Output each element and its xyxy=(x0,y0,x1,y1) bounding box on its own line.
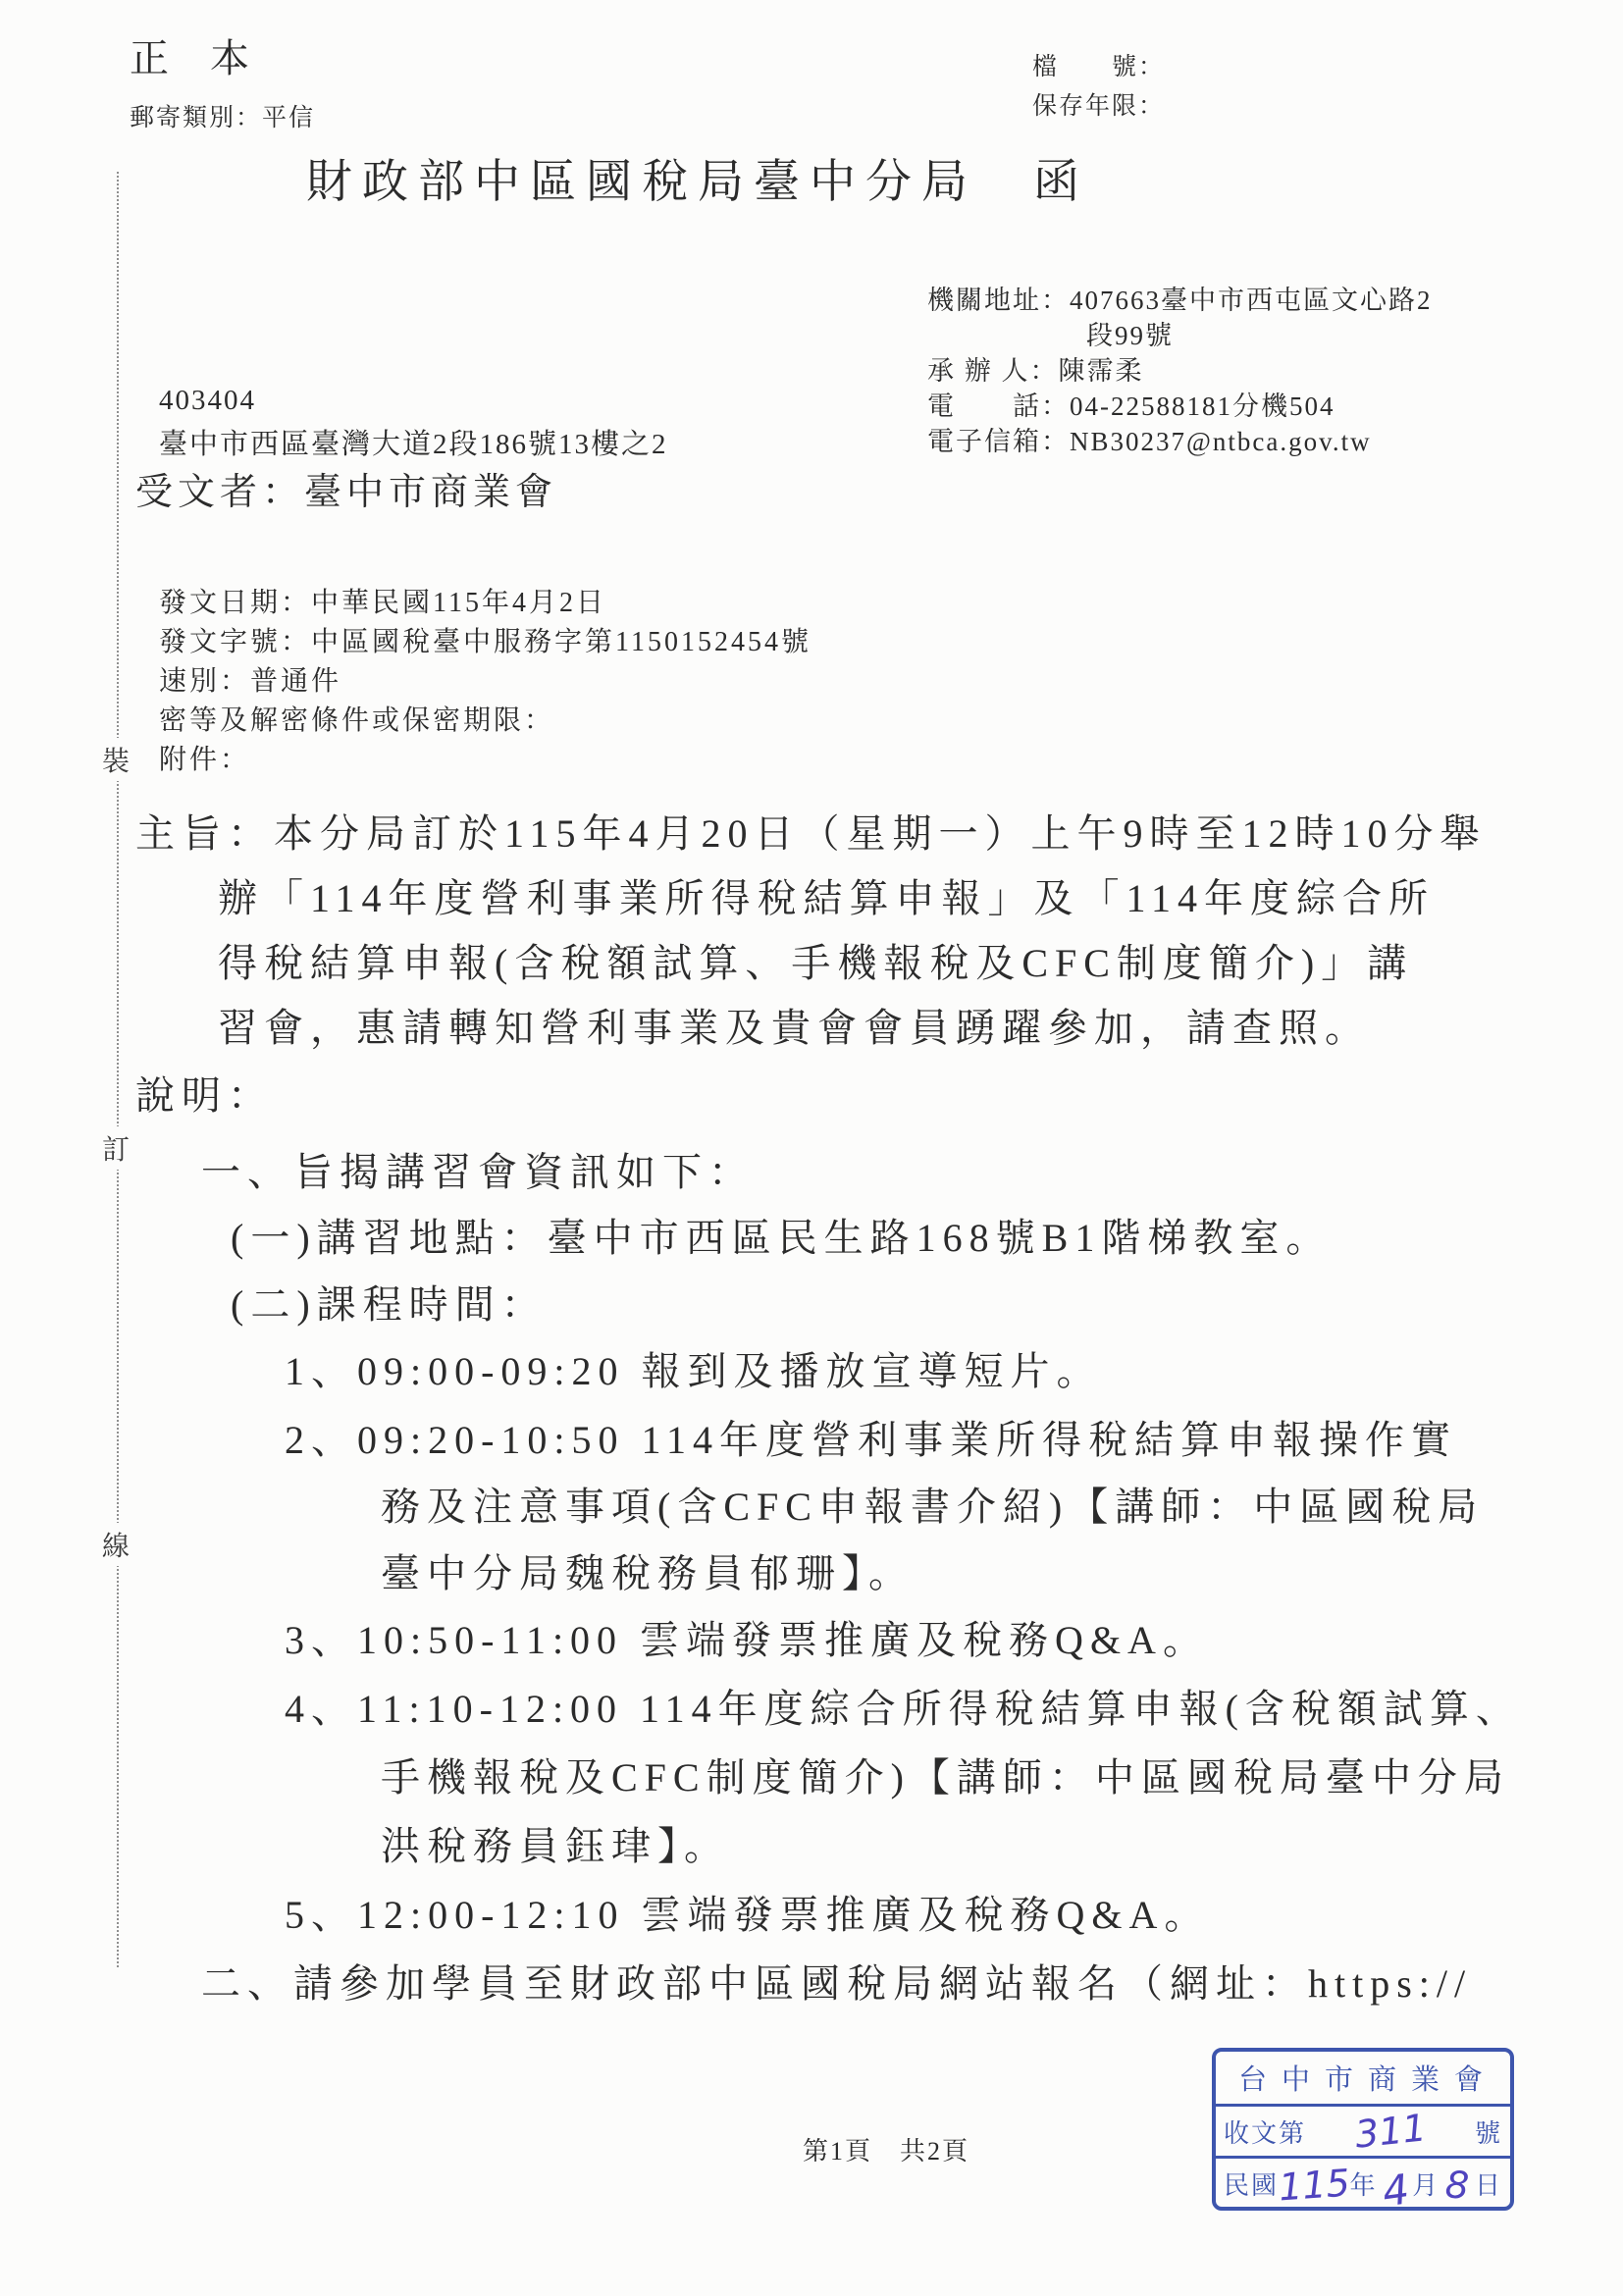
stamp-month-unit: 月 xyxy=(1412,2166,1440,2202)
issue-date: 發文日期：中華民國115年4月2日 xyxy=(159,581,606,620)
recipient-address: 臺中市西區臺灣大道2段186號13樓之2 xyxy=(159,422,668,462)
agency-address-line1: 機關地址：407663臺中市西屯區文心路2 xyxy=(927,283,1433,318)
copy-type-label: 正 本 xyxy=(130,27,265,83)
schedule-item-1: 1、09:00-09:20 報到及播放宣導短片。 xyxy=(285,1340,1103,1396)
explanation-label: 說明： xyxy=(135,1065,274,1121)
binding-mark-xian: 線 xyxy=(102,1523,130,1566)
binding-mark-zhuang: 裝 xyxy=(102,738,130,781)
schedule-label: (二)課程時間： xyxy=(231,1274,548,1330)
explanation-item-1: 一、旨揭講習會資訊如下： xyxy=(201,1141,755,1197)
subject-line-2: 辦「114年度營利事業所得稅結算申報」及「114年度綜合所 xyxy=(218,867,1435,923)
schedule-item-4-line-1: 4、11:10-12:00 114年度綜合所得稅結算申報(含稅額試算、 xyxy=(285,1678,1522,1734)
retention-label: 保存年限： xyxy=(1032,86,1165,122)
stamp-receipt-prefix: 收文第 xyxy=(1224,2113,1306,2150)
received-stamp: 台中市商業會 收文第 311 號 民國 115 年 4 月 8 日 xyxy=(1212,2048,1514,2211)
file-number-label: 檔 號： xyxy=(1032,47,1165,82)
agency-address-line2: 段99號 xyxy=(1086,318,1174,353)
stamp-date-row: 民國 115 年 4 月 8 日 xyxy=(1216,2156,1510,2208)
stamp-era-prefix: 民國 xyxy=(1224,2166,1279,2202)
agency-phone: 電 話：04-22588181分機504 xyxy=(927,389,1335,424)
schedule-item-2-line-1: 2、09:20-10:50 114年度營利事業所得稅結算申報操作實 xyxy=(285,1409,1457,1465)
agency-contact-person: 承 辦 人：陳霈柔 xyxy=(927,353,1144,389)
priority-level: 速別：普通件 xyxy=(159,659,341,699)
stamp-day-unit: 日 xyxy=(1475,2166,1502,2202)
page-footer: 第1頁 共2頁 xyxy=(803,2131,969,2167)
binding-mark-ding: 訂 xyxy=(102,1126,130,1170)
venue-line: (一)講習地點：臺中市西區民生路168號B1階梯教室。 xyxy=(231,1207,1332,1263)
stamp-receipt-row: 收文第 311 號 xyxy=(1216,2104,1510,2156)
schedule-item-4-line-3: 洪稅務員鈺珒】。 xyxy=(381,1815,730,1871)
mail-class-label: 郵寄類別：平信 xyxy=(130,98,315,133)
stamp-year-handwritten: 115 xyxy=(1278,2165,1351,2207)
subject-line-3: 得稅結算申報(含稅額試算、手機報稅及CFC制度簡介)」講 xyxy=(218,932,1413,988)
stamp-receipt-suffix: 號 xyxy=(1475,2113,1502,2150)
doc-number: 發文字號：中區國稅臺中服務字第1150152454號 xyxy=(159,620,811,659)
document-title: 財政部中區國稅局臺中分局 函 xyxy=(306,145,1089,211)
explanation-item-2: 二、請參加學員至財政部中區國稅局網站報名（網址：https:// xyxy=(201,1953,1472,2009)
stamp-month-handwritten: 4 xyxy=(1380,2168,1411,2213)
scanned-official-letter-page: 裝 訂 線 正 本 郵寄類別：平信 檔 號： 保存年限： 財政部中區國稅局臺中分… xyxy=(0,0,1623,2296)
agency-email: 電子信箱：NB30237@ntbca.gov.tw xyxy=(927,424,1372,459)
schedule-item-3: 3、10:50-11:00 雲端發票推廣及稅務Q&A。 xyxy=(285,1609,1209,1665)
attachment-label: 附件： xyxy=(159,738,250,777)
schedule-item-4-line-2: 手機報稅及CFC制度簡介)【講師：中區國稅局臺中分局 xyxy=(381,1747,1510,1802)
stamp-day-handwritten: 8 xyxy=(1444,2166,1470,2204)
security-level: 密等及解密條件或保密期限： xyxy=(159,699,554,738)
stamp-org-row: 台中市商業會 xyxy=(1216,2052,1510,2104)
subject-line-4: 習會，惠請轉知營利事業及貴會會員踴躍參加，請查照。 xyxy=(218,997,1371,1053)
stamp-org-name: 台中市商業會 xyxy=(1238,2058,1497,2098)
binding-dotted-line xyxy=(117,172,119,1967)
recipient-name: 受文者：臺中市商業會 xyxy=(135,461,557,515)
recipient-postal-code: 403404 xyxy=(159,385,256,417)
subject-line-1: 主旨：本分局訂於115年4月20日（星期一）上午9時至12時10分舉 xyxy=(135,803,1487,859)
schedule-item-2-line-2: 務及注意事項(含CFC申報書介紹)【講師：中區國稅局 xyxy=(381,1476,1484,1532)
stamp-year-unit: 年 xyxy=(1350,2166,1378,2202)
schedule-item-5: 5、12:00-12:10 雲端發票推廣及稅務Q&A。 xyxy=(285,1884,1210,1940)
stamp-receipt-number-handwritten: 311 xyxy=(1353,2109,1428,2153)
schedule-item-2-line-3: 臺中分局魏稅務員郁珊】。 xyxy=(381,1542,915,1598)
